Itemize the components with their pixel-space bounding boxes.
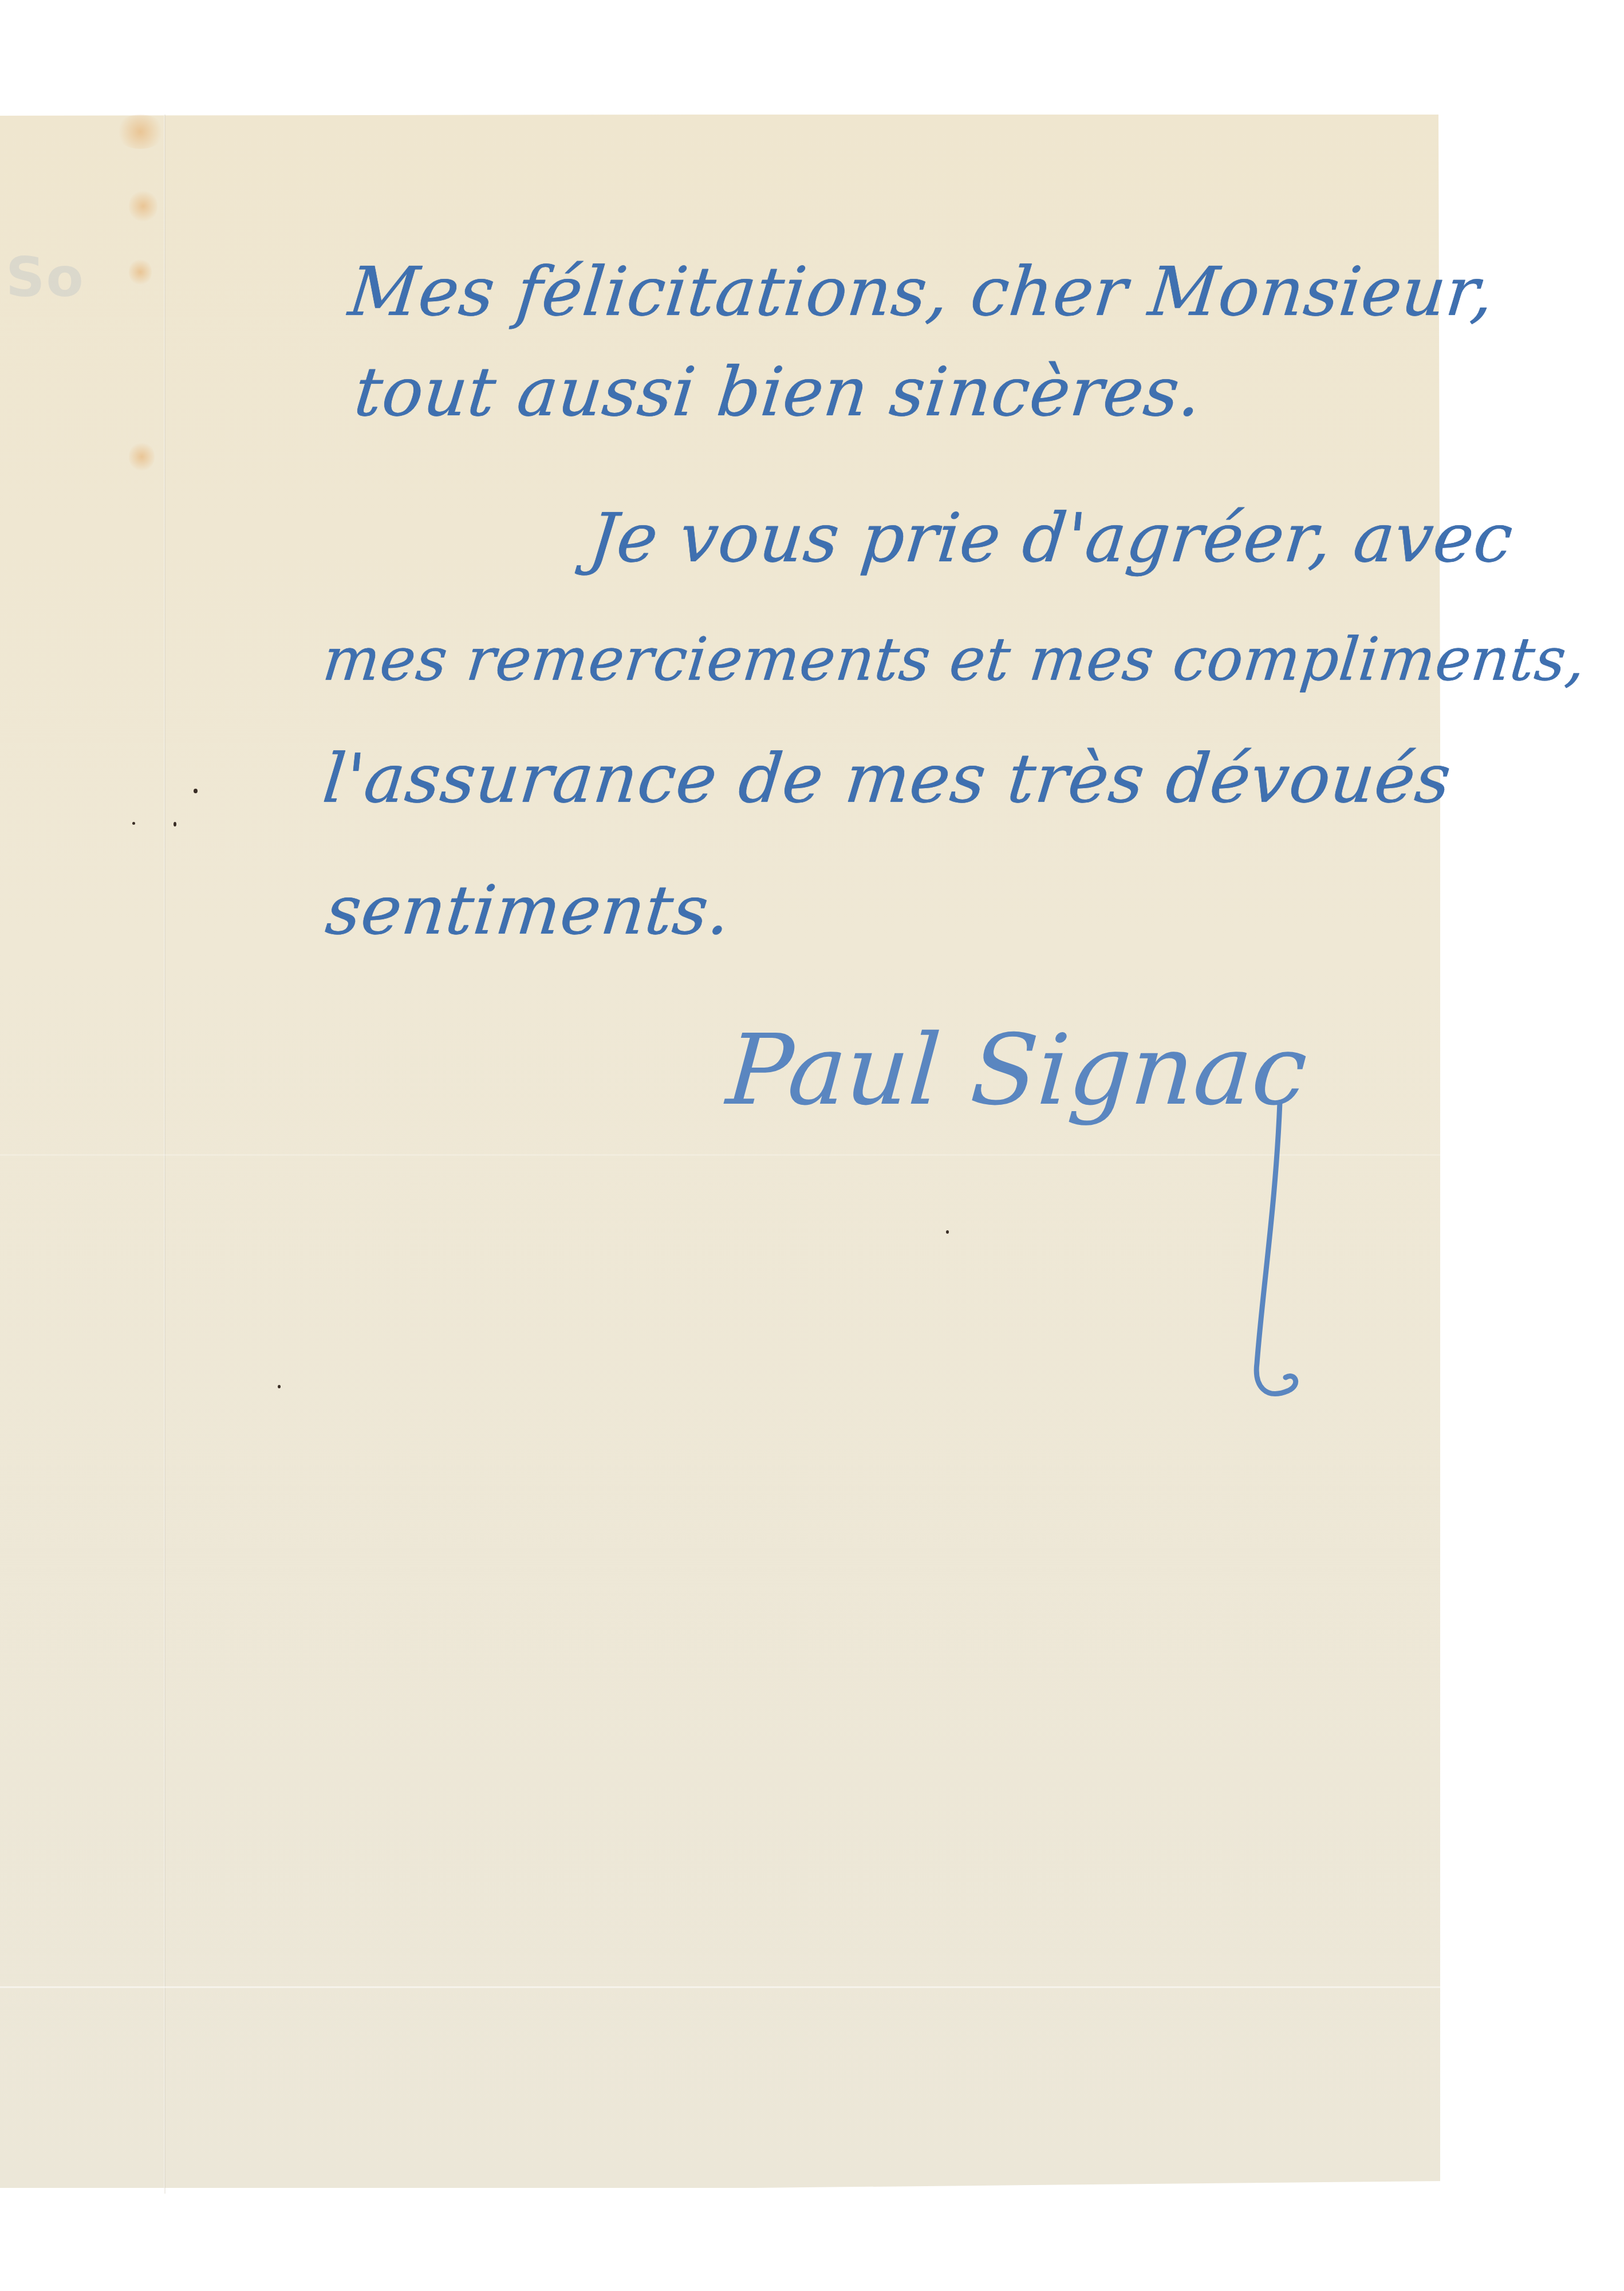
middle-fold-line bbox=[0, 1154, 1440, 1156]
paper-speck bbox=[194, 789, 198, 793]
letter-line-2: tout aussi bien sincères. bbox=[351, 352, 1206, 431]
lower-fold-line bbox=[0, 1986, 1440, 1988]
foxing-stain bbox=[129, 189, 157, 223]
signature: Paul Signac bbox=[723, 1014, 1311, 1127]
letter-line-6: sentiments. bbox=[322, 871, 735, 950]
paper-speck bbox=[132, 822, 135, 825]
letter-line-5: l'assurance de mes très dévoués bbox=[320, 739, 1455, 818]
foxing-stain bbox=[129, 258, 152, 286]
paper-speck bbox=[946, 1230, 949, 1234]
letter-line-4: mes remerciements et mes compliments, bbox=[320, 624, 1590, 694]
letter-line-1: Mes félicitations, cher Monsieur, bbox=[345, 252, 1498, 331]
paper-speck bbox=[278, 1385, 281, 1388]
paper-speck bbox=[174, 822, 176, 826]
letter-line-3: Je vous prie d'agréer, avec bbox=[586, 498, 1517, 577]
bleed-through-letterhead: So bbox=[6, 246, 85, 309]
foxing-stain bbox=[129, 441, 155, 473]
foxing-stain bbox=[115, 115, 166, 149]
